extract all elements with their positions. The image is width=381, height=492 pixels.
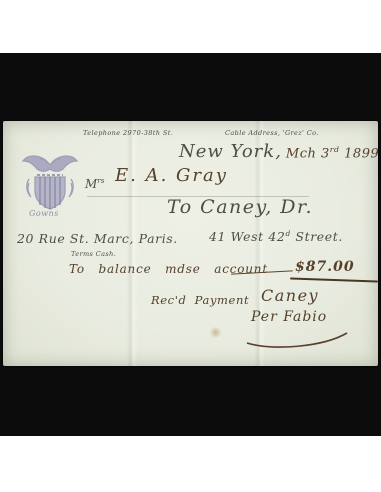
date-year: 1899 (344, 146, 379, 161)
signature-caney: Caney (261, 286, 319, 305)
city-printed: New York, (179, 141, 282, 162)
signature-per-fabio: Per Fabio (251, 309, 327, 325)
date-ordinal: rd (330, 145, 340, 154)
prefix-main: M (85, 177, 97, 191)
amount-underline (290, 277, 378, 282)
heraldic-crest-icon (17, 151, 83, 217)
entry-amount: $87.00 (295, 259, 355, 275)
photograph: Telephone 2970-38th St. Cable Address, '… (0, 53, 381, 436)
bill-to-line: To Caney, Dr. (167, 196, 313, 218)
receipt-paper: Telephone 2970-38th St. Cable Address, '… (3, 121, 378, 366)
eagle-shield-crest-icon (17, 151, 83, 217)
date-handwritten: Mch 3rd 1899 (286, 145, 379, 161)
paris-address: 20 Rue St. Marc, Paris. (17, 231, 178, 246)
ny-address-street: Street. (291, 229, 343, 244)
ny-address-main: 41 West 42 (209, 229, 285, 244)
prefix-superscript: rs (97, 176, 104, 185)
terms-line: Terms Cash. (71, 250, 116, 258)
addressee-prefix: Mrs (85, 176, 104, 191)
date-line: New York, Mch 3rd 1899 (179, 141, 379, 162)
addressee-name: E. A. Gray (115, 165, 228, 186)
received-payment-line: Rec'd Payment (151, 293, 249, 307)
signature-flourish (243, 327, 353, 349)
paper-stain (209, 327, 222, 338)
cable-address-line: Cable Address, 'Grez' Co. (225, 129, 319, 137)
date-day: Mch 3 (286, 146, 330, 161)
telephone-line: Telephone 2970-38th St. (83, 129, 173, 137)
new-york-address: 41 West 42d Street. (209, 229, 343, 244)
crest-caption: Gowns (29, 209, 59, 218)
